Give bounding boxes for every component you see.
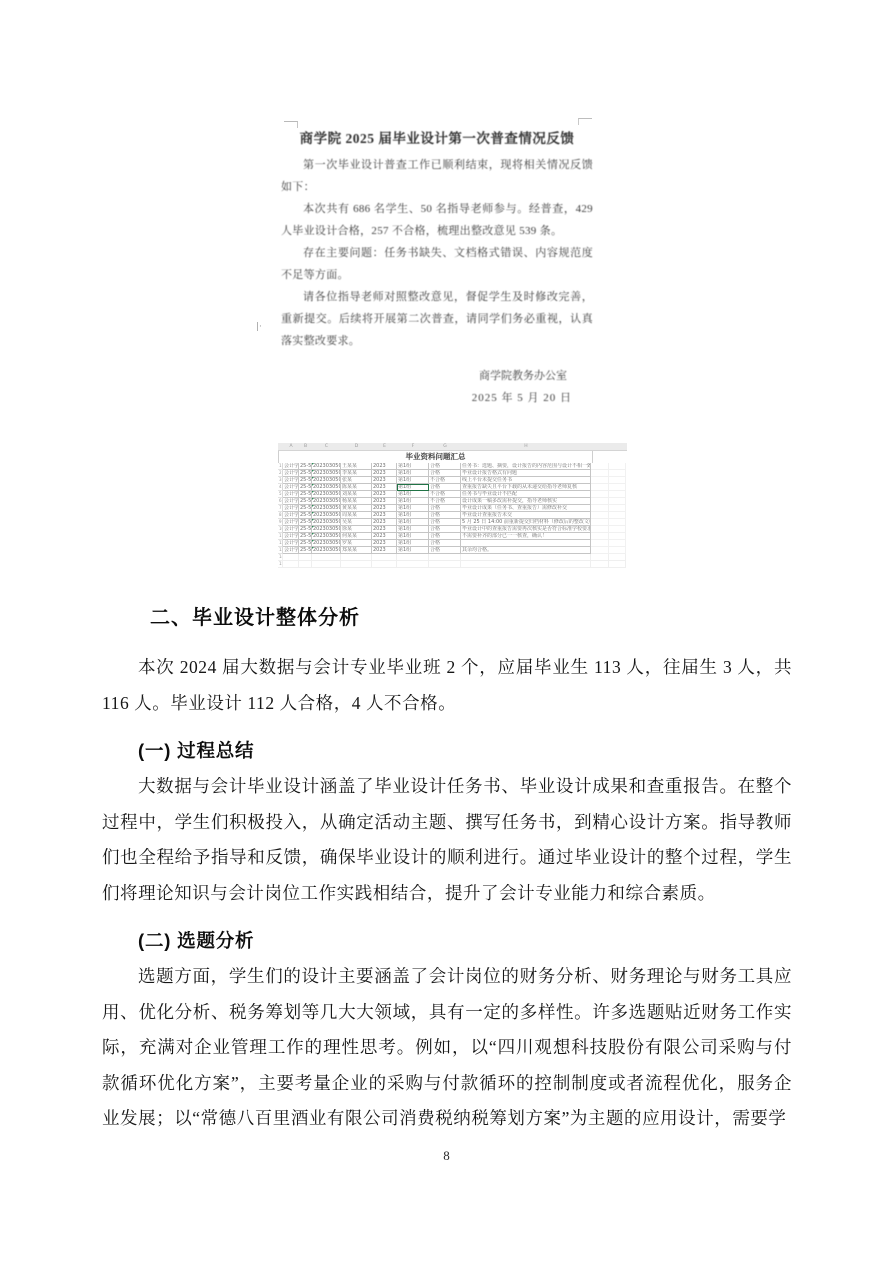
sheet-cell: 202303050116 [312,512,341,519]
sheet-cell: 25-5 [299,505,312,512]
sheet-cell [341,554,372,561]
sheet-cell: 会计学 [283,526,299,533]
sheet-row: 13会计学25-5202303050128郑某某2023第1组合格其余均合格。 [278,547,627,554]
letter-paragraph: 请各位指导老师对照整改意见，督促学生及时修改完善，重新提交。后续将开展第二次普查… [281,286,593,352]
sheet-cell: 毕业设计查重报告未交 [461,512,591,519]
sheet-cell [609,505,626,512]
sheet-cell: 线上平台未提交任务书 [461,477,591,484]
sheet-row: 11会计学25-5202303050123何某某2023第1组合格不需要补齐的部… [278,533,627,540]
sheet-cell [591,498,609,505]
sheet-cell: 何某某 [341,533,372,540]
sheet-cell: 25-5 [299,470,312,477]
sheet-cell: 周某某 [341,512,372,519]
sheet-row: 6会计学25-5202303050111杨某某2023第1组不合格设计成果一稿多… [278,498,627,505]
sheet-cell: 202303050102 [312,470,341,477]
sheet-cell [429,561,461,568]
sheet-cell [591,470,609,477]
sheet-cell [591,547,609,554]
sheet-column-strip: ABCDEFGH [278,443,627,451]
sheet-cell: 毕业设计成果（任务书、查重报告）需修改补交 [461,505,591,512]
sheet-cell: 第1组 [397,512,429,519]
sheet-cell: 任务书与毕业设计不匹配 [461,491,591,498]
sheet-cell: 25-5 [299,533,312,540]
sheet-cell [591,526,609,533]
sheet-cell [461,540,591,547]
sheet-cell: 第1组 [397,463,429,470]
sheet-cell: 不合格 [429,491,461,498]
sheet-cell [461,554,591,561]
sheet-cell: 合格 [429,463,461,470]
sheet-cell: 会计学 [283,533,299,540]
sheet-cell: 黄某某 [341,505,372,512]
sheet-cell: 刘某某 [341,491,372,498]
sheet-cell [609,463,626,470]
sheet-cell [591,561,609,568]
sheet-cell: 25-5 [299,540,312,547]
sheet-cell: 毕业设计报告格式有问题 [461,470,591,477]
sheet-row: 10会计学25-5202303050121徐某2023第1组合格毕业设计中的查重… [278,526,627,533]
sheet-cell [609,477,626,484]
sheet-column-letter: B [299,443,312,450]
sheet-row: 5会计学25-5202303050109刘某某2023第1组不合格任务书与毕业设… [278,491,627,498]
sheet-cell [299,561,312,568]
sheet-cell: 2023 [372,477,397,484]
letter-signature: 商学院教务办公室 [281,365,593,387]
subsection-1-heading: (一) 过程总结 [138,737,254,763]
sheet-cell [591,512,609,519]
sheet-cell [591,540,609,547]
sheet-cell: 罗某 [341,540,372,547]
sheet-column-letter: A [283,443,299,450]
sheet-column-letter: H [461,443,591,450]
sheet-cell: 会计学 [283,547,299,554]
sheet-cell: 第1组 [397,533,429,540]
sheet-cell: 25-5 [299,498,312,505]
sheet-row: 7会计学25-5202303050114黄某某2023第1组合格毕业设计成果（任… [278,505,627,512]
section-heading: 二、毕业设计整体分析 [150,601,360,630]
sheet-cell: 不合格 [429,498,461,505]
sheet-cell [609,512,626,519]
sheet-cell [609,547,626,554]
letter-paragraph: 第一次毕业设计普查工作已顺利结束，现将相关情况反馈如下： [281,154,593,198]
sheet-cell: 任务书：选题、摘要，设计报告的内容范围与设计不相一致 [461,463,591,470]
scanned-letter-image: 商学院 2025 届毕业设计第一次普查情况反馈 第一次毕业设计普查工作已顺利结束… [281,130,593,409]
sheet-cell: 202303050105 [312,477,341,484]
sheet-cell [591,484,609,491]
sheet-cell [312,561,341,568]
sheet-cell: 2023 [372,505,397,512]
sheet-cell: 202303050128 [312,547,341,554]
sheet-cell [299,554,312,561]
sheet-cell: 2023 [372,526,397,533]
sheet-cell: 202303050107 [312,484,341,491]
scan-crop-mark-top-right [578,118,592,125]
sheet-cell: 第1组 [397,498,429,505]
sheet-cell: 李某某 [341,470,372,477]
sheet-row: 9会计学25-5202303050118吴某2023第1组合格5 月 25 日 … [278,519,627,526]
sheet-cell: 合格 [429,533,461,540]
intro-paragraph: 本次 2024 届大数据与会计专业毕业班 2 个，应届毕业生 113 人，往届生… [102,650,792,721]
sheet-cell: 其余均合格。 [461,547,591,554]
sheet-cell [609,526,626,533]
sheet-cell: 25-5 [299,463,312,470]
sheet-cell: 2023 [372,533,397,540]
sheet-column-letter: F [397,443,429,450]
sheet-row: 3会计学25-5202303050105张某2023第1组不合格线上平台未提交任… [278,477,627,484]
sheet-cell: 吴某 [341,519,372,526]
sheet-column-letter: D [341,443,372,450]
sheet-cell: 查重报告缺失且平台下载的从未递交给指导老师复核 [461,484,591,491]
sheet-cell: 会计学 [283,477,299,484]
sheet-cell: 202303050109 [312,491,341,498]
sheet-cell: 25-5 [299,484,312,491]
sheet-cell: 合格 [429,512,461,519]
sheet-rows: 1会计学25-5202303050101王某某2023第1组合格任务书：选题、摘… [278,463,627,568]
sheet-cell [591,519,609,526]
sheet-row: 1会计学25-5202303050101王某某2023第1组合格任务书：选题、摘… [278,463,627,470]
sheet-cell [283,554,299,561]
sheet-cell: 合格 [429,484,461,491]
sheet-cell: 202303050121 [312,526,341,533]
sheet-cell: 202303050101 [312,463,341,470]
sheet-cell: 25-5 [299,491,312,498]
subsection-2-heading: (二) 选题分析 [138,927,254,953]
sheet-cell: 第1组 [397,519,429,526]
sheet-cell: 第1组 [397,540,429,547]
sheet-cell: 202303050114 [312,505,341,512]
sheet-cell [461,561,591,568]
sheet-cell [591,491,609,498]
sheet-cell [591,533,609,540]
sheet-cell: 会计学 [283,512,299,519]
sheet-cell: 徐某 [341,526,372,533]
sheet-cell: 会计学 [283,470,299,477]
sheet-cell: 会计学 [283,491,299,498]
document-page: |· 商学院 2025 届毕业设计第一次普查情况反馈 第一次毕业设计普查工作已顺… [0,0,893,1262]
sheet-cell: 2023 [372,470,397,477]
sheet-cell [609,554,626,561]
letter-paragraph: 本次共有 686 名学生、50 名指导老师参与。经普查，429 人毕业设计合格，… [281,198,593,242]
sheet-cell: 合格 [429,519,461,526]
sheet-cell: 202303050123 [312,533,341,540]
sheet-cell: 2023 [372,498,397,505]
sheet-cell: 合格 [429,505,461,512]
sheet-column-letter: G [429,443,461,450]
sheet-cell: 5 月 25 日 14:00 前重新提交归档材料（修改后的整改文档需要统一归档，… [461,519,591,526]
letter-date: 2025 年 5 月 20 日 [281,387,593,409]
sheet-cell: 会计学 [283,498,299,505]
sheet-cell: 不需要补齐的部分已一一核查，确认！ [461,533,591,540]
sheet-cell: 第1组 [397,526,429,533]
sheet-cell: 2023 [372,540,397,547]
sheet-cell: 2023 [372,491,397,498]
sheet-cell: 会计学 [283,484,299,491]
sheet-cell: 王某某 [341,463,372,470]
sheet-cell [609,491,626,498]
sheet-cell [591,505,609,512]
sheet-row: 15 [278,561,627,568]
sheet-cell [609,533,626,540]
sheet-cell: 会计学 [283,519,299,526]
sheet-cell: 202303050111 [312,498,341,505]
sheet-cell [609,470,626,477]
sheet-cell: 杨某某 [341,498,372,505]
sheet-cell: 会计学 [283,540,299,547]
sheet-cell: 毕业设计中的查重报告需要再次核实是否符合标准学校要求，以重新提交并修改归档材料等 [461,526,591,533]
sheet-cell [609,484,626,491]
sheet-cell: 第1组 [397,477,429,484]
sheet-cell: 第1组 [397,547,429,554]
sheet-cell [372,554,397,561]
sheet-cell: 2023 [372,484,397,491]
sheet-cell: 合格 [429,470,461,477]
sheet-cell: 25-5 [299,547,312,554]
sheet-cell: 第1组 [397,470,429,477]
sheet-cell [397,554,429,561]
sheet-cell: 25-5 [299,512,312,519]
sheet-cell [283,561,299,568]
sheet-cell: 第1组 [397,484,429,491]
sheet-cell: 郑某某 [341,547,372,554]
sheet-cell [372,561,397,568]
sheet-cell: 设计成果一稿多改需补提交，指导老师核实 [461,498,591,505]
sheet-cell [591,463,609,470]
sheet-column-letter: C [312,443,341,450]
sheet-row: 12会计学25-5202303050126罗某2023第1组合格 [278,540,627,547]
sheet-cell [609,519,626,526]
sheet-cell: 25-5 [299,477,312,484]
sheet-cell: 25-5 [299,526,312,533]
sheet-cell: 2023 [372,512,397,519]
page-number: 8 [0,1148,893,1164]
sheet-cell: 2023 [372,463,397,470]
sheet-cell: 25-5 [299,519,312,526]
sheet-cell: 不合格 [429,477,461,484]
scan-crop-mark-top-left [284,121,298,128]
sheet-cell: 张某 [341,477,372,484]
sheet-cell [609,498,626,505]
sheet-cell: 合格 [429,540,461,547]
sheet-cell: 202303050126 [312,540,341,547]
subsection-1-paragraph: 大数据与会计毕业设计涵盖了毕业设计任务书、毕业设计成果和查重报告。在整个过程中，… [102,769,792,911]
sheet-cell [591,554,609,561]
sheet-cell: 合格 [429,547,461,554]
sheet-cell [609,540,626,547]
spreadsheet-image: ABCDEFGH 毕业资料问题汇总 1会计学25-5202303050101王某… [278,443,627,568]
sheet-row: 8会计学25-5202303050116周某某2023第1组合格毕业设计查重报告… [278,512,627,519]
sheet-cell [429,554,461,561]
sheet-cell: 第1组 [397,491,429,498]
sheet-cell [609,561,626,568]
sheet-row: 4会计学25-5202303050107陈某某2023第1组合格查重报告缺失且平… [278,484,627,491]
sheet-cell [591,477,609,484]
sheet-row: 2会计学25-5202303050102李某某2023第1组合格毕业设计报告格式… [278,470,627,477]
sheet-cell: 2023 [372,519,397,526]
sheet-cell [397,561,429,568]
letter-paragraph: 存在主要问题：任务书缺失、文档格式错误、内容规范度不足等方面。 [281,242,593,286]
sheet-cell: 会计学 [283,505,299,512]
sheet-cell: 会计学 [283,463,299,470]
sheet-column-letter: E [372,443,397,450]
sheet-cell: 陈某某 [341,484,372,491]
sheet-cell: 合格 [429,526,461,533]
sheet-cell: 2023 [372,547,397,554]
sheet-cell [312,554,341,561]
sheet-title: 毕业资料问题汇总 [278,451,593,463]
letter-title: 商学院 2025 届毕业设计第一次普查情况反馈 [281,130,593,148]
sheet-cell: 第1组 [397,505,429,512]
scan-edge-artifact: |· [256,322,262,332]
sheet-cell [341,561,372,568]
sheet-row: 14 [278,554,627,561]
subsection-2-paragraph: 选题方面，学生们的设计主要涵盖了会计岗位的财务分析、财务理论与财务工具应用、优化… [102,959,792,1137]
sheet-cell: 202303050118 [312,519,341,526]
